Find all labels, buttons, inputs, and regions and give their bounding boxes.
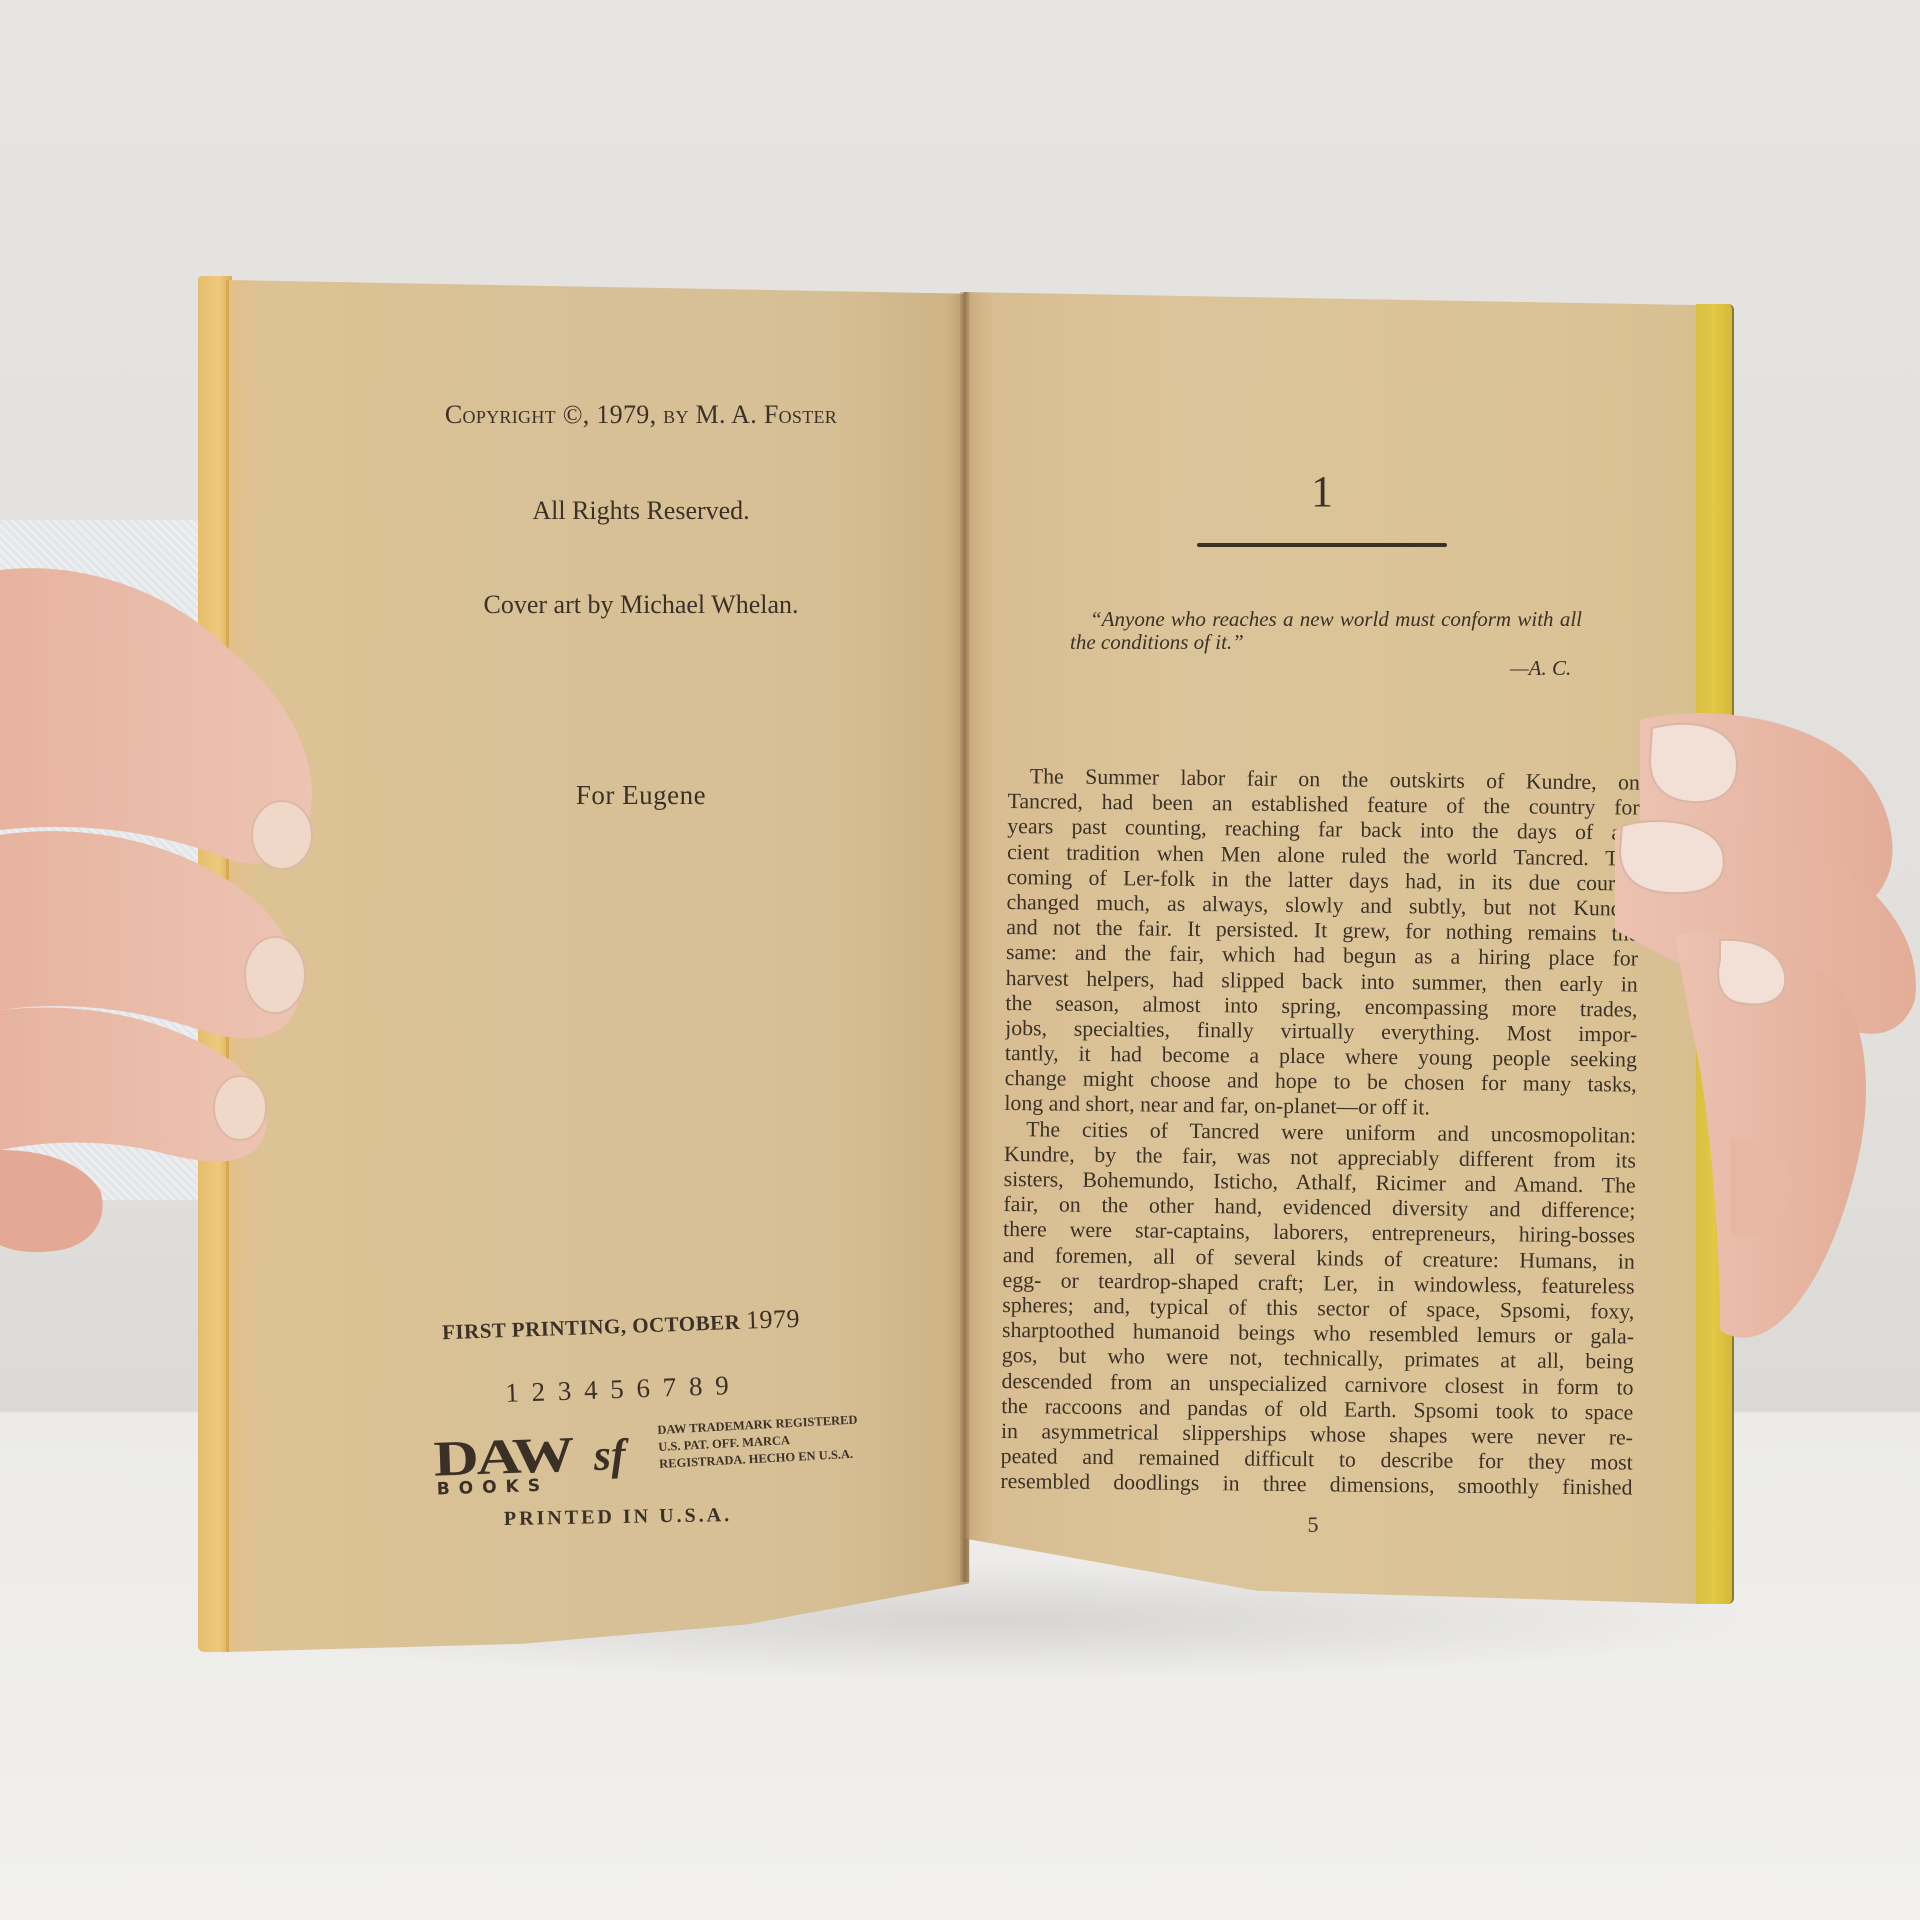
trademark-notice: DAW TRADEMARK REGISTERED U.S. PAT. OFF. …: [657, 1412, 860, 1473]
right-cover-edge: [1696, 304, 1734, 1604]
epigraph-quote: “Anyone who reaches a new world must con…: [1070, 608, 1582, 654]
book-gutter: [960, 292, 970, 1582]
daw-books-logo: DAW BOOKS sf: [433, 1428, 640, 1501]
copyright-line: Copyright ©, 1979, by M. A. Foster: [445, 400, 837, 430]
printed-in-usa: PRINTED IN U.S.A.: [504, 1504, 733, 1531]
first-printing-year: 1979: [745, 1304, 800, 1335]
chapter-rule-divider: [1197, 543, 1447, 547]
page-number: 5: [1308, 1512, 1319, 1538]
dedication: For Eugene: [576, 780, 706, 811]
chapter-body-text: The Summer labor fair on the outskirts o…: [1000, 764, 1640, 1501]
daw-logo-books: BOOKS: [436, 1476, 549, 1500]
sf-mark-icon: sf: [593, 1429, 627, 1481]
cover-art-credit: Cover art by Michael Whelan.: [483, 590, 798, 620]
epigraph-attribution: —A. C.: [1510, 656, 1571, 681]
rights-line: All Rights Reserved.: [532, 496, 749, 526]
chapter-number: 1: [1311, 466, 1333, 517]
